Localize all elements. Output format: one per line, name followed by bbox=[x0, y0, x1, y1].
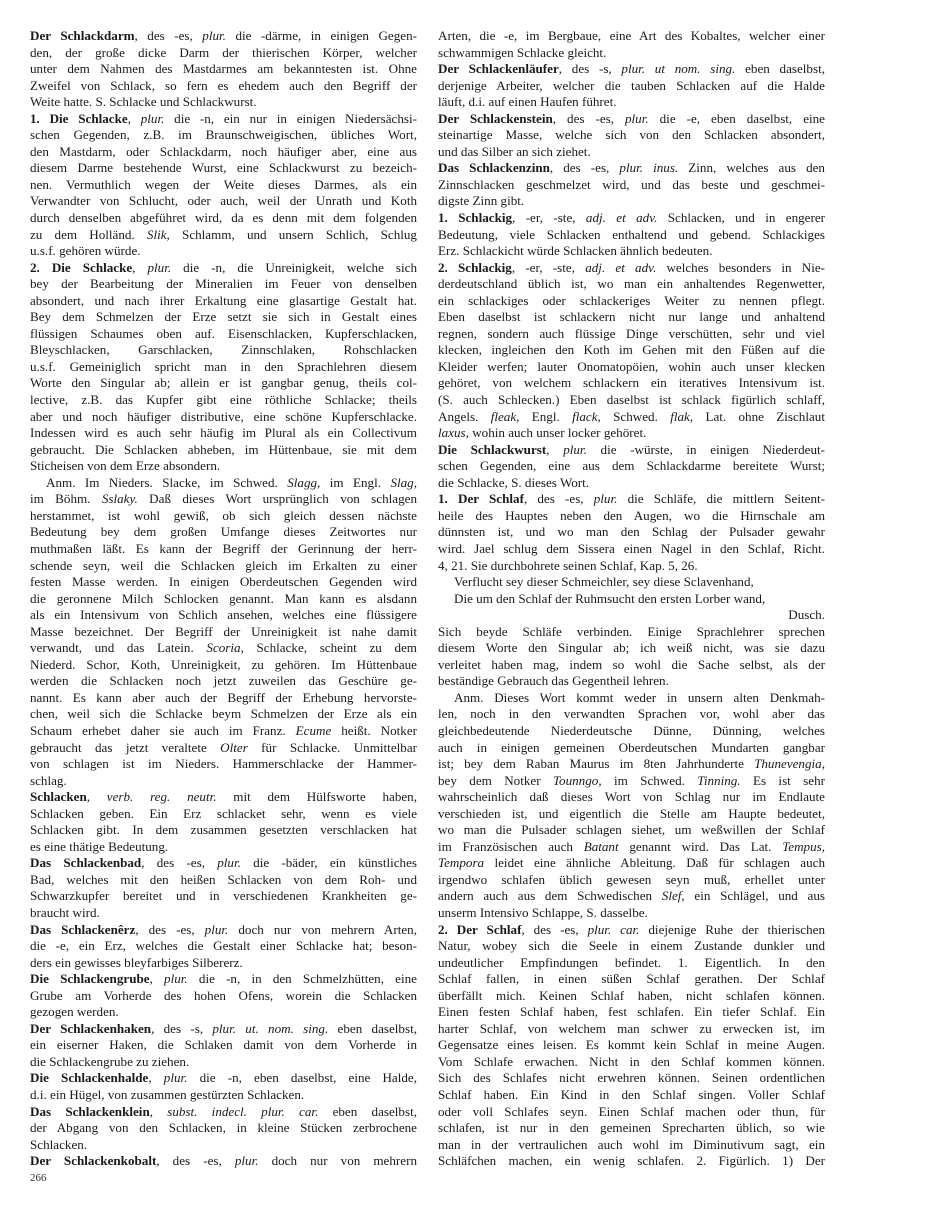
text-line: Weite hatte. S. Schlacke und Schlackwurs… bbox=[30, 94, 417, 111]
text-line: laxus, wohin auch unser locker gehöret. bbox=[438, 425, 825, 442]
grammar-abbrev: adj. et adv. bbox=[586, 210, 657, 225]
text-line: harter Schlaf, von welchem man schwer zu… bbox=[438, 1021, 825, 1038]
text: doch nur von mehrern bbox=[259, 1153, 418, 1168]
text-line: man in der vertraulichen auch wohl im Di… bbox=[438, 1137, 825, 1154]
text: gebraucht. Die Schlacken abheben, im Hüt… bbox=[30, 442, 417, 457]
text: klecken, ingleichen den Koth im Gehen mi… bbox=[438, 342, 825, 357]
grammar-abbrev: Thunevengia, bbox=[754, 756, 825, 771]
text: Kleider werfen; lauter Onomatopöien, woh… bbox=[438, 359, 825, 374]
text: Daß dieses Wort ursprünglich von schlage… bbox=[138, 491, 417, 506]
text: chen, weil sich die Schlacke beym Schmel… bbox=[30, 706, 417, 721]
text-line: herstammet, ist wohl gewiß, ob sich glei… bbox=[30, 508, 417, 525]
text: , bbox=[87, 789, 107, 804]
grammar-abbrev: Sslaky. bbox=[102, 491, 138, 506]
text: die Schläfe, die mittlern Seitent- bbox=[617, 491, 825, 506]
text-line: unserm Intensivo Schlappe, S. dasselbe. bbox=[438, 905, 825, 922]
text: Bad, welches mit den heißen Schlacken vo… bbox=[30, 872, 417, 887]
text: ein schlackiges oder schlackeriges Weite… bbox=[438, 293, 825, 308]
text-line: im Französischen auch Batant genannt wir… bbox=[438, 839, 825, 856]
text-line: Worte den Singular ab; allein er ist gan… bbox=[30, 375, 417, 392]
text-line: schlag. bbox=[30, 773, 417, 790]
foreign-term: flack, bbox=[572, 409, 601, 424]
grammar-abbrev: adj. et adv. bbox=[585, 260, 656, 275]
text: , -er, -ste, bbox=[512, 260, 585, 275]
column-right: Arten, die -e, im Bergbaue, eine Art des… bbox=[438, 28, 825, 1170]
text-line: von schlagen ist im Nieders. Hammerschla… bbox=[30, 756, 417, 773]
text: im Engl. bbox=[320, 475, 390, 490]
entry-headword-line: Der Schlackenstein, des -es, plur. die -… bbox=[438, 111, 825, 128]
text: die -n, eben daselbst, eine Halde, bbox=[187, 1070, 417, 1085]
text: nen. Vermuthlich wegen der Weite dieses … bbox=[30, 177, 417, 192]
text-line: Schläfchen machen, ein wenig schlafen. 2… bbox=[438, 1153, 825, 1170]
grammar-abbrev: Tempora bbox=[438, 855, 484, 870]
text: wo man die Pulsader schlagen siehet, um … bbox=[438, 822, 825, 837]
text: Bedeutung bey dem großen Umfange dieses … bbox=[30, 524, 417, 539]
text-line: gleichbedeutende Niederdeutsche Dünne, D… bbox=[438, 723, 825, 740]
text: beständige Gebrauch das Gegentheil lehre… bbox=[438, 673, 669, 688]
text: Schaum erhebet daher sie auch im Franz. bbox=[30, 723, 296, 738]
text-line: ein schlackiges oder schlackeriges Weite… bbox=[438, 293, 825, 310]
text: d.i. ein Hügel, von zusammen gestürzten … bbox=[30, 1087, 304, 1102]
text: gehöret, von welchem schlackern ein iter… bbox=[438, 375, 825, 390]
text: , -er, -ste, bbox=[512, 210, 586, 225]
text: , bbox=[148, 1070, 163, 1085]
text-line: den, der große dicke Darm der thierische… bbox=[30, 45, 417, 62]
grammar-abbrev: laxus, bbox=[438, 425, 469, 440]
text: Schlacken gibt. In dem zusammen gesetzte… bbox=[30, 822, 417, 837]
text-line: Sticheisen von dem Erze absondern. bbox=[30, 458, 417, 475]
text: eben daselbst, bbox=[735, 61, 825, 76]
text: oder voll Schlafes seyn. Einen Schlaf ma… bbox=[438, 1104, 825, 1119]
text: Die um den Schlaf der Ruhmsucht den erst… bbox=[454, 591, 765, 606]
text: nannt. Es kann aber auch der Begriff der… bbox=[30, 690, 417, 705]
text-line: Vom Schlafe erwachen. Nicht in den Schla… bbox=[438, 1054, 825, 1071]
text: man in der vertraulichen auch wohl im Di… bbox=[438, 1137, 825, 1152]
text: verschieden ist, und eigentlich die Stel… bbox=[438, 806, 825, 821]
text: Angels. bbox=[438, 409, 491, 424]
headword: 2. Der Schlaf bbox=[438, 922, 521, 937]
text: Bedeutung, viele Schlacken enthaltend un… bbox=[438, 227, 825, 242]
entry-headword-line: 1. Schlackig, -er, -ste, adj. et adv. Sc… bbox=[438, 210, 825, 227]
text-line: Tempora leidet eine ähnliche Ableitung. … bbox=[438, 855, 825, 872]
text-line: wo man die Pulsader schlagen siehet, um … bbox=[438, 822, 825, 839]
grammar-abbrev: subst. indecl. plur. car. bbox=[167, 1104, 318, 1119]
text-line: diesem Worte den Singular ab; ich weiß n… bbox=[438, 640, 825, 657]
grammar-abbrev: plur. bbox=[625, 111, 649, 126]
headword: Die Schlackengrube bbox=[30, 971, 150, 986]
text-line: flüssigen Schaumes oben auf. Eisenschlac… bbox=[30, 326, 417, 343]
text: doch nur von mehrern Arten, bbox=[228, 922, 417, 937]
text-line: ein eiserner Haken, die Schlaken damit v… bbox=[30, 1037, 417, 1054]
grammar-abbrev: plur. bbox=[235, 1153, 259, 1168]
text-line: Bedeutung bey dem großen Umfange dieses … bbox=[30, 524, 417, 541]
text-line: gebraucht. Die Schlacken abheben, im Hüt… bbox=[30, 442, 417, 459]
text: Eben daselbst ist schlackern nicht nur l… bbox=[438, 309, 825, 324]
grammar-abbrev: fleak, bbox=[491, 409, 520, 424]
text: diejenige Ruhe der thierischen bbox=[639, 922, 825, 937]
grammar-abbrev: plur. ut nom. sing. bbox=[621, 61, 735, 76]
text-line: Schlacken geben. Ein Erz schlacket sehr,… bbox=[30, 806, 417, 823]
text-line: nannt. Es kann aber auch der Begriff der… bbox=[30, 690, 417, 707]
text-line: undeutlicher Empfindungen befindet. 1. E… bbox=[438, 955, 825, 972]
text: ein eiserner Haken, die Schlaken damit v… bbox=[30, 1037, 417, 1052]
text-line: Niederd. Schor, Koth, Unreinigkeit, zu g… bbox=[30, 657, 417, 674]
text-line: Schlaf fallen, in einen süßen Schlaf ger… bbox=[438, 971, 825, 988]
text: flüssigen Schaumes oben auf. Eisenschlac… bbox=[30, 326, 417, 341]
text: im Französischen auch bbox=[438, 839, 584, 854]
text-line: muthmaßen läßt. Es kann der Begriff der … bbox=[30, 541, 417, 558]
entry-headword-line: Das Schlackenêrz, des -es, plur. doch nu… bbox=[30, 922, 417, 939]
text-line: wird. Jael schlug dem Sissera einen Nage… bbox=[438, 541, 825, 558]
text-line: 4, 21. Sie durchbohrete seinen Schlaf, K… bbox=[438, 558, 825, 575]
text-line: im Böhm. Sslaky. Daß dieses Wort ursprün… bbox=[30, 491, 417, 508]
text-line: als ein Intensivum von Schlich ansehen, … bbox=[30, 607, 417, 624]
text: , des -es, bbox=[135, 28, 203, 43]
text: im Schwed. bbox=[602, 773, 698, 788]
text: verleitet haben mag, indem so wohl die S… bbox=[438, 657, 825, 672]
text-line: u.s.f. gehören würde. bbox=[30, 243, 417, 260]
text-line: Gegensatze eines leisen. Es kommt kein S… bbox=[438, 1037, 825, 1054]
text: , des -es, bbox=[553, 111, 625, 126]
text: die -n, ein nur in einigen Niedersächsi- bbox=[164, 111, 417, 126]
text: Schlaf fallen, in einen süßen Schlaf ger… bbox=[438, 971, 825, 986]
text: Worte den Singular ab; allein er ist gan… bbox=[30, 375, 417, 390]
text-line: Schwarzkupfer bereitet und in verschiede… bbox=[30, 888, 417, 905]
entry-headword-line: Schlacken, verb. reg. neutr. mit dem Hül… bbox=[30, 789, 417, 806]
text: lective, z.B. das Kupfer gibt eine röthl… bbox=[30, 392, 417, 407]
text: schen Gegenden, z.B. im Braunschweigisch… bbox=[30, 127, 417, 142]
headword: Der Schlackenhaken bbox=[30, 1021, 151, 1036]
text-line: wahrscheinlich daß dieses Wort von Schla… bbox=[438, 789, 825, 806]
text: Erz. Schlackicht würde Schlacken ähnlich… bbox=[438, 243, 713, 258]
text: festen Masse werden. In einigen Oberdeut… bbox=[30, 574, 417, 589]
text: diesem Darme bestehende Wurst, eine Schl… bbox=[30, 160, 417, 175]
text: die -e, eben daselbst, eine bbox=[649, 111, 825, 126]
text: Zinn, welches aus den bbox=[678, 160, 825, 175]
text: Schlaf haben. Ein Kind in den Schlaf sin… bbox=[438, 1087, 825, 1102]
headword: Die Schlackenhalde bbox=[30, 1070, 148, 1085]
headword: Schlacken bbox=[30, 789, 87, 804]
text-line: auch in einigen gemeinen Oberdeutschen M… bbox=[438, 740, 825, 757]
text: bey der Bearbeitung der Mineralien im Fe… bbox=[30, 276, 417, 291]
entry-headword-line: Die Schlackengrube, plur. die -n, in den… bbox=[30, 971, 417, 988]
text-line: andern auch aus dem Schwedischen Slef, e… bbox=[438, 888, 825, 905]
text-line: verwandt, und das Latein. Scoria, Schlac… bbox=[30, 640, 417, 657]
text: diesem Worte den Singular ab; ich weiß n… bbox=[438, 640, 825, 655]
text: Schlacken geben. Ein Erz schlacket sehr,… bbox=[30, 806, 417, 821]
text-line: gehöret, von welchem schlackern ein iter… bbox=[438, 375, 825, 392]
text: ein Schlägel, und aus bbox=[685, 888, 825, 903]
text: von schlagen ist im Nieders. Hammerschla… bbox=[30, 756, 417, 771]
text-line: die Schlacke, S. dieses Wort. bbox=[438, 475, 825, 492]
entry-headword-line: Der Schlackdarm, des -es, plur. die -där… bbox=[30, 28, 417, 45]
text-line: Masse bezeichnet. Der Begriff der Unrein… bbox=[30, 624, 417, 641]
foreign-term: Tempus, bbox=[782, 839, 825, 854]
text-line: derdeutschland üblich ist, wo man ein an… bbox=[438, 276, 825, 293]
entry-headword-line: Die Schlackenhalde, plur. die -n, eben d… bbox=[30, 1070, 417, 1087]
headword: Der Schlackdarm bbox=[30, 28, 135, 43]
entry-headword-line: Der Schlackenkobalt, des -es, plur. doch… bbox=[30, 1153, 417, 1170]
text: Es ist sehr bbox=[741, 773, 825, 788]
text-line: verschieden ist, und eigentlich die Stel… bbox=[438, 806, 825, 823]
grammar-abbrev: plur. ut. nom. sing. bbox=[212, 1021, 328, 1036]
text: als ein Intensivum von Schlich ansehen, … bbox=[30, 607, 417, 622]
text-line: u.s.f. Gemeiniglich spricht man in den S… bbox=[30, 359, 417, 376]
text: gezogen werden. bbox=[30, 1004, 119, 1019]
text: Anm. Dieses Wort kommt weder in unsern a… bbox=[454, 690, 825, 705]
text-line: Eben daselbst ist schlackern nicht nur l… bbox=[438, 309, 825, 326]
text: 4, 21. Sie durchbohrete seinen Schlaf, K… bbox=[438, 558, 698, 573]
text: mit dem Hülfsworte haben, bbox=[217, 789, 417, 804]
text: wird. Jael schlug dem Sissera einen Nage… bbox=[438, 541, 825, 556]
text: unserm Intensivo Schlappe, S. dasselbe. bbox=[438, 905, 648, 920]
foreign-term: Slag, bbox=[390, 475, 417, 490]
headword: Das Schlackenklein bbox=[30, 1104, 150, 1119]
text-line: heile des Hauptes neben den Augen, wo di… bbox=[438, 508, 825, 525]
text-line: läuft, d.i. auf einen Haufen führet. bbox=[438, 94, 825, 111]
grammar-abbrev: Olter bbox=[220, 740, 248, 755]
text-line: oder voll Schlafes seyn. Einen Schlaf ma… bbox=[438, 1104, 825, 1121]
text: es eine thätige Bedeutung. bbox=[30, 839, 168, 854]
text: Schlacke, scheint zu dem bbox=[244, 640, 417, 655]
text: heile des Hauptes neben den Augen, wo di… bbox=[438, 508, 825, 523]
text-line: dünnsten ist, und wo man den Schlag der … bbox=[438, 524, 825, 541]
entry-headword-line: Das Schlackenklein, subst. indecl. plur.… bbox=[30, 1104, 417, 1121]
text-line: festen Masse werden. In einigen Oberdeut… bbox=[30, 574, 417, 591]
text: , des -s, bbox=[151, 1021, 212, 1036]
text-line: schen Gegenden, z.B. im Braunschweigisch… bbox=[30, 127, 417, 144]
text-line: Bleyschlacken, Garschlacken, Zinnschlake… bbox=[30, 342, 417, 359]
text-line: die Schlackengrube zu ziehen. bbox=[30, 1054, 417, 1071]
headword: Der Schlackenstein bbox=[438, 111, 553, 126]
entry-headword-line: 2. Die Schlacke, plur. die -n, die Unrei… bbox=[30, 260, 417, 277]
entry-headword-line: 1. Die Schlacke, plur. die -n, ein nur i… bbox=[30, 111, 417, 128]
text: und das Silber an sich ziehet. bbox=[438, 144, 591, 159]
text-line: Angels. fleak, Engl. flack, Schwed. flak… bbox=[438, 409, 825, 426]
text: , des -es, bbox=[156, 1153, 235, 1168]
text: , des -es, bbox=[141, 855, 217, 870]
text: im Böhm. bbox=[30, 491, 102, 506]
text-line: schwammigen Schlacke gleicht. bbox=[438, 45, 825, 62]
grammar-abbrev: plur. bbox=[141, 111, 165, 126]
text: den, der große dicke Darm der thierische… bbox=[30, 45, 417, 60]
text: , bbox=[132, 260, 147, 275]
text: bey dem Notker bbox=[438, 773, 553, 788]
text: ders ein gewisses bleyfarbiges Silbererz… bbox=[30, 955, 243, 970]
text: , bbox=[546, 442, 563, 457]
text: , des -es, bbox=[524, 491, 594, 506]
text: irgendwo schlafen üblich gewesen seyn mu… bbox=[438, 872, 825, 887]
headword: Der Schlackenläufer bbox=[438, 61, 559, 76]
entry-headword-line: Der Schlackenhaken, des -s, plur. ut. no… bbox=[30, 1021, 417, 1038]
text-line: Kleider werfen; lauter Onomatopöien, woh… bbox=[438, 359, 825, 376]
text-line: unter dem Nahmen des Mastdarmes am bekan… bbox=[30, 61, 417, 78]
text: unter dem Nahmen des Mastdarmes am bekan… bbox=[30, 61, 417, 76]
text: die -würste, in einigen Niederdeut- bbox=[587, 442, 825, 457]
entry-headword-line: Das Schlackenbad, des -es, plur. die -bä… bbox=[30, 855, 417, 872]
text: ist; bey dem Raban Maurus im 8ten Jahrhu… bbox=[438, 756, 754, 771]
foreign-term: Tinning. bbox=[697, 773, 740, 788]
text: Schläfchen machen, ein wenig schlafen. 2… bbox=[438, 1153, 825, 1168]
text: muthmaßen läßt. Es kann der Begriff der … bbox=[30, 541, 417, 556]
text-line: d.i. ein Hügel, von zusammen gestürzten … bbox=[30, 1087, 417, 1104]
text-line: Indessen wird es auch sehr häufig im Plu… bbox=[30, 425, 417, 442]
text-line: Zweifel von Schlack, so fern es ehedem a… bbox=[30, 78, 417, 95]
foreign-term: flak, bbox=[670, 409, 693, 424]
text-line: schlafen, ist nur in den gemeinen Sprech… bbox=[438, 1120, 825, 1137]
text-line: diesem Darme bestehende Wurst, eine Schl… bbox=[30, 160, 417, 177]
text: Schlamm, und unsern Schlich, Schlug bbox=[170, 227, 417, 242]
text: Sich beyde Schläfe verbinden. Einige Spr… bbox=[438, 624, 825, 639]
text: die Schlackengrube zu ziehen. bbox=[30, 1054, 189, 1069]
text: len, noch in den verwandten Sprachen vor… bbox=[438, 706, 825, 721]
text: die -e, ein Erz, welches die Gestalt ein… bbox=[30, 938, 417, 953]
grammar-abbrev: verb. reg. neutr. bbox=[107, 789, 217, 804]
text-line: gebraucht das jetzt veraltete Olter für … bbox=[30, 740, 417, 757]
text: Masse bezeichnet. Der Begriff der Unrein… bbox=[30, 624, 417, 639]
text-line: der Abgang von den Schlacken, in kleine … bbox=[30, 1120, 417, 1137]
text-line: Schaum erhebet daher sie auch im Franz. … bbox=[30, 723, 417, 740]
text: Bey dem Schmelzen der Erze setzt sie sic… bbox=[30, 309, 417, 324]
text: schlag. bbox=[30, 773, 67, 788]
headword: 1. Der Schlaf bbox=[438, 491, 524, 506]
text: regnen, sondern auch flüssige Dinge vers… bbox=[438, 326, 825, 341]
text-line: ist; bey dem Raban Maurus im 8ten Jahrhu… bbox=[438, 756, 825, 773]
text: Bleyschlacken, Garschlacken, Zinnschlake… bbox=[30, 342, 417, 357]
text-line: gezogen werden. bbox=[30, 1004, 417, 1021]
text-line: derjenige Arbeiter, welcher die tauben S… bbox=[438, 78, 825, 95]
entry-headword-line: Der Schlackenläufer, des -s, plur. ut no… bbox=[438, 61, 825, 78]
text: die -n, in den Schmelzhütten, eine bbox=[188, 971, 417, 986]
text: herstammet, ist wohl gewiß, ob sich glei… bbox=[30, 508, 417, 523]
text-line: digste Zinn gibt. bbox=[438, 193, 825, 210]
text-line: steinartige Masse, welche sich von den S… bbox=[438, 127, 825, 144]
text-line: werden die Schlacken noch jetzt zuweilen… bbox=[30, 673, 417, 690]
text-line: durch denselben abgeführet wird, da es d… bbox=[30, 210, 417, 227]
text-line: Anm. Dieses Wort kommt weder in unsern a… bbox=[438, 690, 825, 707]
grammar-abbrev: Slagg, bbox=[287, 475, 320, 490]
text-line: und das Silber an sich ziehet. bbox=[438, 144, 825, 161]
text: zu dem Holländ. bbox=[30, 227, 147, 242]
text: digste Zinn gibt. bbox=[438, 193, 524, 208]
text-line: verleitet haben mag, indem so wohl die S… bbox=[438, 657, 825, 674]
text-line: Schlacken. bbox=[30, 1137, 417, 1154]
text: aber und noch häufiger distributive, ein… bbox=[30, 409, 417, 424]
text: den Mastdarm, oder Schlackdarm, noch häu… bbox=[30, 144, 417, 159]
grammar-abbrev: plur. car. bbox=[588, 922, 640, 937]
text-line: beständige Gebrauch das Gegentheil lehre… bbox=[438, 673, 825, 690]
text-line: Natur, wobey sich die Seele in einem Zus… bbox=[438, 938, 825, 955]
text: , des -es, bbox=[135, 922, 204, 937]
text: , bbox=[150, 971, 164, 986]
grammar-abbrev: Tounngo, bbox=[553, 773, 602, 788]
text-line: die -e, ein Erz, welches die Gestalt ein… bbox=[30, 938, 417, 955]
text: die geronnene Milch Schlocken genannt. M… bbox=[30, 591, 417, 606]
grammar-abbrev: Batant bbox=[584, 839, 619, 854]
text-line: Bey dem Schmelzen der Erze setzt sie sic… bbox=[30, 309, 417, 326]
text: , des -es, bbox=[521, 922, 587, 937]
text: Schwarzkupfer bereitet und in verschiede… bbox=[30, 888, 417, 903]
grammar-abbrev: plur. bbox=[563, 442, 587, 457]
text: , des -es, bbox=[550, 160, 619, 175]
entry-headword-line: 2. Der Schlaf, des -es, plur. car. dieje… bbox=[438, 922, 825, 939]
text: Anm. Im Nieders. Slacke, im Schwed. bbox=[46, 475, 287, 490]
grammar-abbrev: plur. bbox=[202, 28, 226, 43]
text: Schlacken, und in engerer bbox=[657, 210, 825, 225]
text: absondert, und nach ihrer Erkaltung eine… bbox=[30, 293, 417, 308]
text: schende seyn, weil die Schlacken gleich … bbox=[30, 558, 417, 573]
text: harter Schlaf, von welchem man schwer zu… bbox=[438, 1021, 825, 1036]
text-line: überfällt mich. Keinen Schlaf haben, nic… bbox=[438, 988, 825, 1005]
headword: 1. Schlackig bbox=[438, 210, 512, 225]
text-line: (S. auch Schlecken.) Eben daselbst ist s… bbox=[438, 392, 825, 409]
text: die -bäder, ein künstliches bbox=[241, 855, 417, 870]
text-line: braucht wird. bbox=[30, 905, 417, 922]
text: Verflucht sey dieser Schmeichler, sey di… bbox=[454, 574, 754, 589]
text: dünnsten ist, und wo man den Schlag der … bbox=[438, 524, 825, 539]
text: Lat. ohne Zischlaut bbox=[693, 409, 825, 424]
headword: Das Schlackenbad bbox=[30, 855, 141, 870]
text: welches besonders in Nie- bbox=[656, 260, 825, 275]
headword: 2. Schlackig bbox=[438, 260, 512, 275]
text: auch in einigen gemeinen Oberdeutschen M… bbox=[438, 740, 825, 755]
entry-headword-line: Die Schlackwurst, plur. die -würste, in … bbox=[438, 442, 825, 459]
text: Natur, wobey sich die Seele in einem Zus… bbox=[438, 938, 825, 953]
text: Engl. bbox=[519, 409, 572, 424]
text: Verwandter von Schlucht, oder auch, weil… bbox=[30, 193, 417, 208]
grammar-abbrev: plur. bbox=[594, 491, 618, 506]
text: der Abgang von den Schlacken, in kleine … bbox=[30, 1120, 417, 1135]
text-line: es eine thätige Bedeutung. bbox=[30, 839, 417, 856]
text: die Schlacke, S. dieses Wort. bbox=[438, 475, 589, 490]
text: u.s.f. Gemeiniglich spricht man in den S… bbox=[30, 359, 417, 374]
text: läuft, d.i. auf einen Haufen führet. bbox=[438, 94, 617, 109]
grammar-abbrev: Scoria, bbox=[206, 640, 243, 655]
text: gleichbedeutende Niederdeutsche Dünne, D… bbox=[438, 723, 825, 738]
text: schlafen, ist nur in den gemeinen Sprech… bbox=[438, 1120, 825, 1135]
text: Weite hatte. S. Schlacke und Schlackwurs… bbox=[30, 94, 257, 109]
text: Niederd. Schor, Koth, Unreinigkeit, zu g… bbox=[30, 657, 417, 672]
text-line: Verflucht sey dieser Schmeichler, sey di… bbox=[438, 574, 825, 591]
text-line: aber und noch häufiger distributive, ein… bbox=[30, 409, 417, 426]
text: für Schlacke. Unmittelbar bbox=[248, 740, 417, 755]
text: leidet eine ähnliche Ableitung. Daß für … bbox=[484, 855, 825, 870]
text-line: schende seyn, weil die Schlacken gleich … bbox=[30, 558, 417, 575]
text: Grube am Vorherde des hohen Ofens, worei… bbox=[30, 988, 417, 1003]
text-line: Zinnschlacken geschmelzet wird, und das … bbox=[438, 177, 825, 194]
text: eben daselbst, bbox=[328, 1021, 417, 1036]
text: derjenige Arbeiter, welcher die tauben S… bbox=[438, 78, 825, 93]
text: Zweifel von Schlack, so fern es ehedem a… bbox=[30, 78, 417, 93]
text: undeutlicher Empfindungen befindet. 1. E… bbox=[438, 955, 825, 970]
text: wohin auch unser locker gehöret. bbox=[469, 425, 646, 440]
grammar-abbrev: plur. bbox=[217, 855, 241, 870]
headword: 1. Die Schlacke bbox=[30, 111, 128, 126]
text-line: bey dem Notker Tounngo, im Schwed. Tinni… bbox=[438, 773, 825, 790]
text: derdeutschland üblich ist, wo man ein an… bbox=[438, 276, 825, 291]
text: (S. auch Schlecken.) Eben daselbst ist s… bbox=[438, 392, 825, 407]
page-number: 266 bbox=[30, 1172, 47, 1184]
text-line: den Mastdarm, oder Schlackdarm, noch häu… bbox=[30, 144, 417, 161]
text: Sich des Schlafes nicht erwehren können.… bbox=[438, 1070, 825, 1085]
text-line: die geronnene Milch Schlocken genannt. M… bbox=[30, 591, 417, 608]
text: , des -s, bbox=[559, 61, 622, 76]
text-line: Verwandter von Schlucht, oder auch, weil… bbox=[30, 193, 417, 210]
text-line: Erz. Schlackicht würde Schlacken ähnlich… bbox=[438, 243, 825, 260]
text-line: Bedeutung, viele Schlacken enthaltend un… bbox=[438, 227, 825, 244]
text: Gegensatze eines leisen. Es kommt kein S… bbox=[438, 1037, 825, 1052]
text: Zinnschlacken geschmelzet wird, und das … bbox=[438, 177, 825, 192]
